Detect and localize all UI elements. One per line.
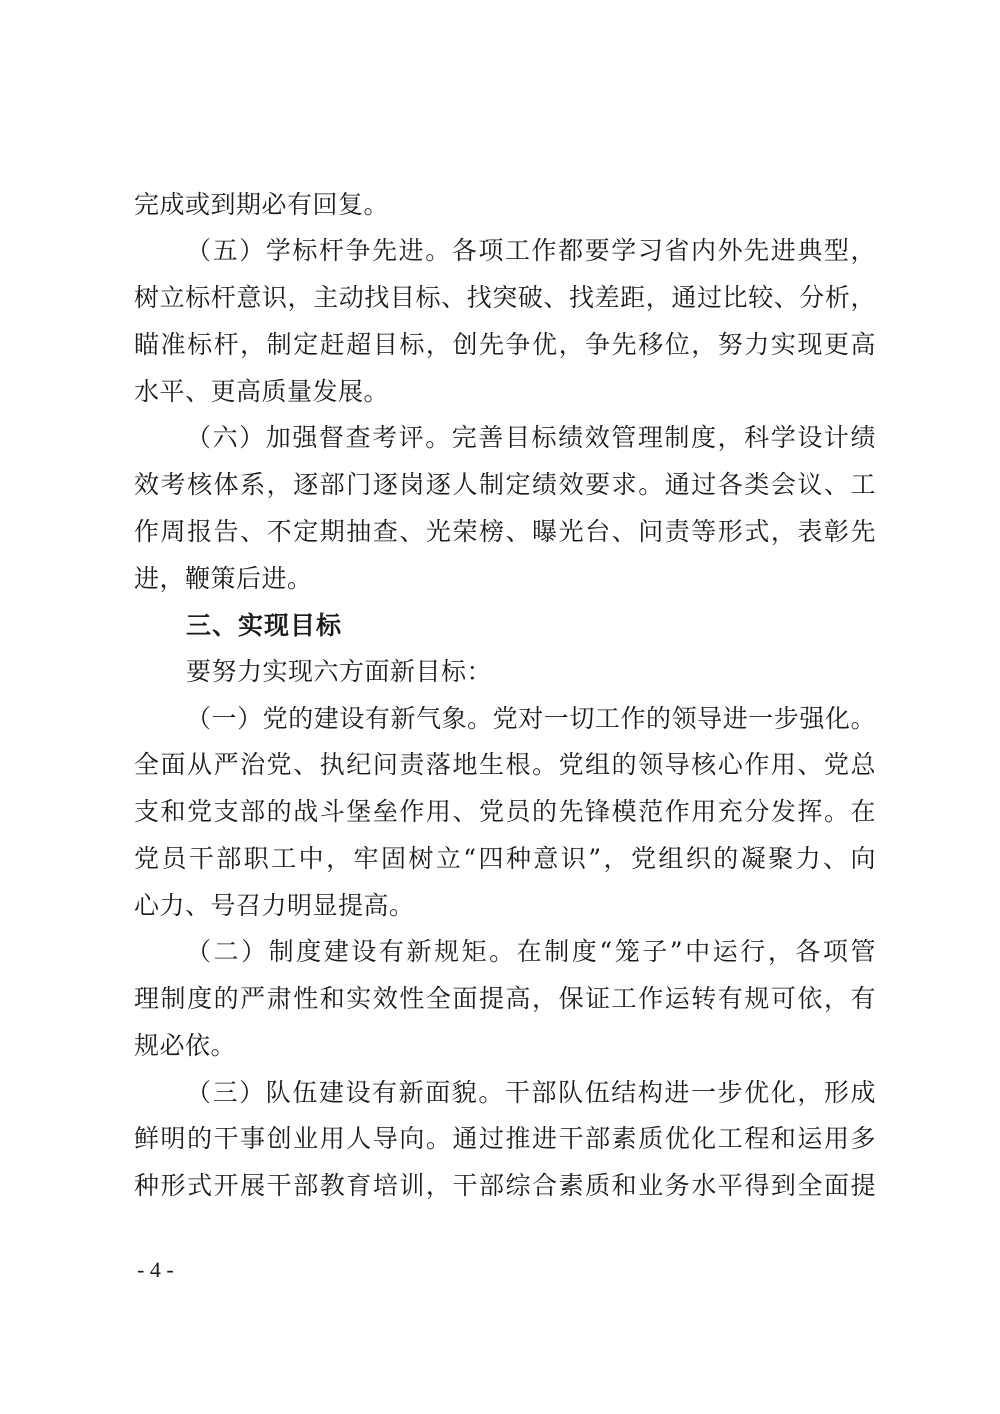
paragraph-line: 水平、更高质量发展。	[134, 377, 876, 407]
page-number: - 4 -	[137, 1257, 174, 1283]
paragraph-line: 种形式开展干部教育培训，干部综合素质和业务水平得到全面提	[134, 1171, 876, 1201]
paragraph-line: 树立标杆意识，主动找目标、找突破、找差距，通过比较、分析，	[134, 283, 876, 313]
paragraph-line: 完成或到期必有回复。	[134, 190, 876, 220]
goal-one-line: （一）党的建设有新气象。党对一切工作的领导进一步强化。	[186, 704, 876, 734]
paragraph-line: 党员干部职工中，牢固树立“四种意识”，党组织的凝聚力、向	[134, 844, 876, 874]
paragraph-line: 支和党支部的战斗堡垒作用、党员的先锋模范作用充分发挥。在	[134, 797, 876, 827]
paragraph-line: 瞄准标杆，制定赶超目标，创先争优，争先移位，努力实现更高	[134, 330, 876, 360]
goal-two-line: （二）制度建设有新规矩。在制度“笼子”中运行，各项管	[186, 937, 876, 967]
goal-three-line: （三）队伍建设有新面貌。干部队伍结构进一步优化，形成	[186, 1078, 876, 1108]
paragraph-line: 心力、号召力明显提高。	[134, 891, 876, 921]
paragraph-line: 鲜明的干事创业用人导向。通过推进干部素质优化工程和运用多	[134, 1124, 876, 1154]
document-page: 完成或到期必有回复。 （五）学标杆争先进。各项工作都要学习省内外先进典型， 树立…	[0, 0, 1000, 1414]
section-heading: 三、实现目标	[186, 611, 342, 641]
paragraph-line: 进，鞭策后进。	[134, 564, 876, 594]
intro-line: 要努力实现六方面新目标：	[186, 657, 876, 687]
paragraph-line: 规必依。	[134, 1031, 876, 1061]
paragraph-line: 效考核体系，逐部门逐岗逐人制定绩效要求。通过各类会议、工	[134, 470, 876, 500]
paragraph-five-line: （五）学标杆争先进。各项工作都要学习省内外先进典型，	[186, 236, 876, 266]
paragraph-line: 作周报告、不定期抽查、光荣榜、曝光台、问责等形式，表彰先	[134, 517, 876, 547]
paragraph-line: 理制度的严肃性和实效性全面提高，保证工作运转有规可依，有	[134, 984, 876, 1014]
paragraph-line: 全面从严治党、执纪问责落地生根。党组的领导核心作用、党总	[134, 750, 876, 780]
paragraph-six-line: （六）加强督查考评。完善目标绩效管理制度，科学设计绩	[186, 423, 876, 453]
